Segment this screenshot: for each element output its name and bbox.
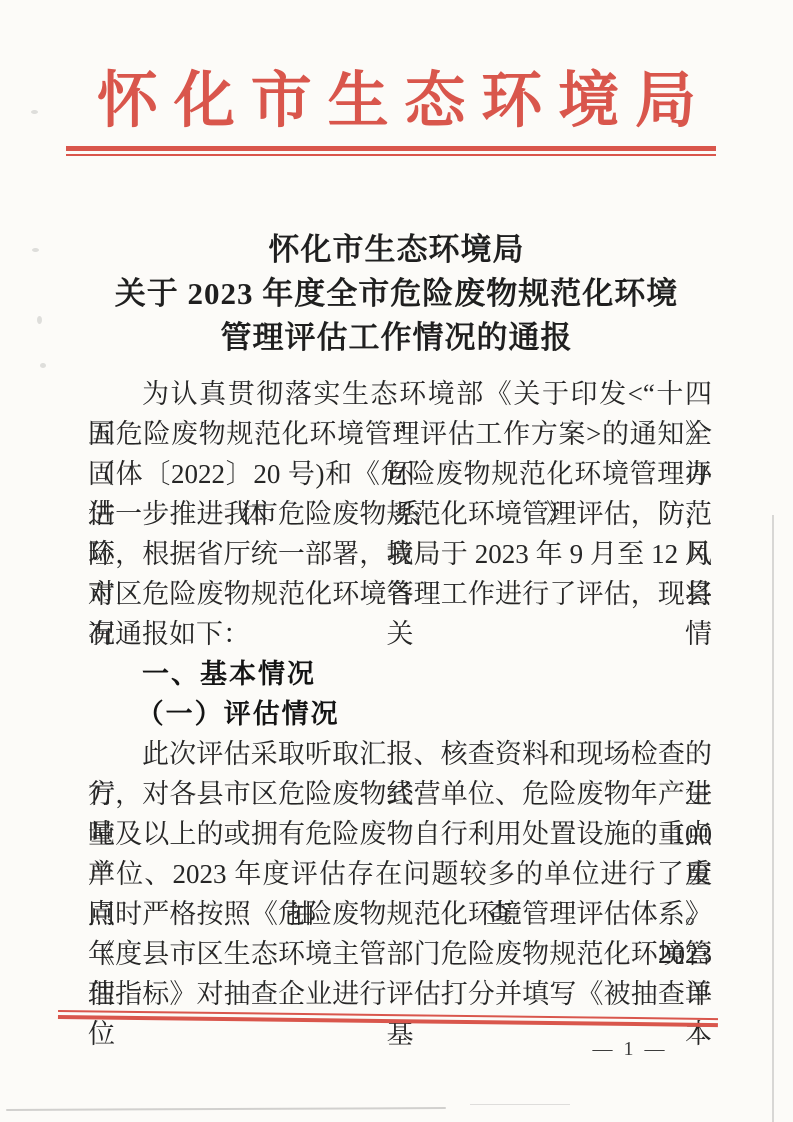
paragraph2-line-5: 同时严格按照《危险废物规范化环境管理评估体系》《2023	[88, 894, 712, 934]
scan-artifact-right-edge	[772, 515, 774, 1122]
paragraph2-line-1: 此次评估采取听取汇报、核查资料和现场检查的方式进	[88, 734, 712, 774]
scan-artifact-smudge	[31, 110, 38, 114]
scan-artifact-smudge	[40, 363, 46, 368]
paragraph1-line-5: 险，根据省厅统一部署，我局于 2023 年 9 月至 12 月对各县	[88, 534, 712, 574]
subsection-heading-assessment: （一）评估情况	[88, 694, 712, 734]
document-body: 为认真贯彻落实生态环境部《关于印发<“十四五”全 国危险废物规范化环境管理评估工…	[88, 374, 712, 1014]
document-title: 怀化市生态环境局 关于 2023 年度全市危险废物规范化环境 管理评估工作情况的…	[0, 228, 793, 360]
paragraph2-line-3: 吨及以上的或拥有危险废物自行利用处置设施的重点产废	[88, 814, 712, 854]
paragraph2-line-7: 估指标》对抽查企业进行评估打分并填写《被抽查单位基本	[88, 974, 712, 1014]
paragraph1-line-2: 国危险废物规范化环境管理评估工作方案>的通知》（环办	[88, 414, 712, 454]
document-page: 怀化市生态环境局 怀化市生态环境局 关于 2023 年度全市危险废物规范化环境 …	[0, 0, 793, 1122]
scan-artifact-smudge	[37, 316, 42, 324]
agency-name: 怀化市生态环境局	[97, 68, 712, 135]
page-number: — 1 —	[560, 1038, 700, 1061]
section-heading-basic-situation: 一、基本情况	[88, 654, 712, 694]
paragraph1-line-4: 进一步推进我市危险废物规范化环境管理评估，防范环境风	[88, 494, 712, 534]
masthead-divider-thin-line	[66, 154, 716, 156]
paragraph2-line-2: 行，对各县市区危险废物经营单位、危险废物年产生量 100	[88, 774, 712, 814]
title-line-2: 关于 2023 年度全市危险废物规范化环境	[0, 272, 793, 316]
paragraph1-line-1: 为认真贯彻落实生态环境部《关于印发<“十四五”全	[88, 374, 712, 414]
scan-artifact-smudge	[32, 248, 39, 252]
scan-artifact-bottom-line2	[470, 1104, 570, 1105]
paragraph1-line-6: 市区危险废物规范化环境管理工作进行了评估，现将有关情	[88, 574, 712, 614]
agency-masthead: 怀化市生态环境局	[0, 62, 793, 142]
scan-artifact-bottom-line	[6, 1107, 446, 1111]
masthead-divider-thick-line	[66, 146, 716, 151]
paragraph1-line-3: 固体〔2022〕20 号)和《危险废物规范化环境管理评估体系》，	[88, 454, 712, 494]
title-line-3: 管理评估工作情况的通报	[0, 316, 793, 360]
paragraph2-line-4: 单位、2023 年度评估存在问题较多的单位进行了重点抽查。	[88, 854, 712, 894]
paragraph2-line-6: 年度县市区生态环境主管部门危险废物规范化环境管理评	[88, 934, 712, 974]
masthead-divider	[66, 146, 716, 156]
title-line-1: 怀化市生态环境局	[0, 228, 793, 272]
